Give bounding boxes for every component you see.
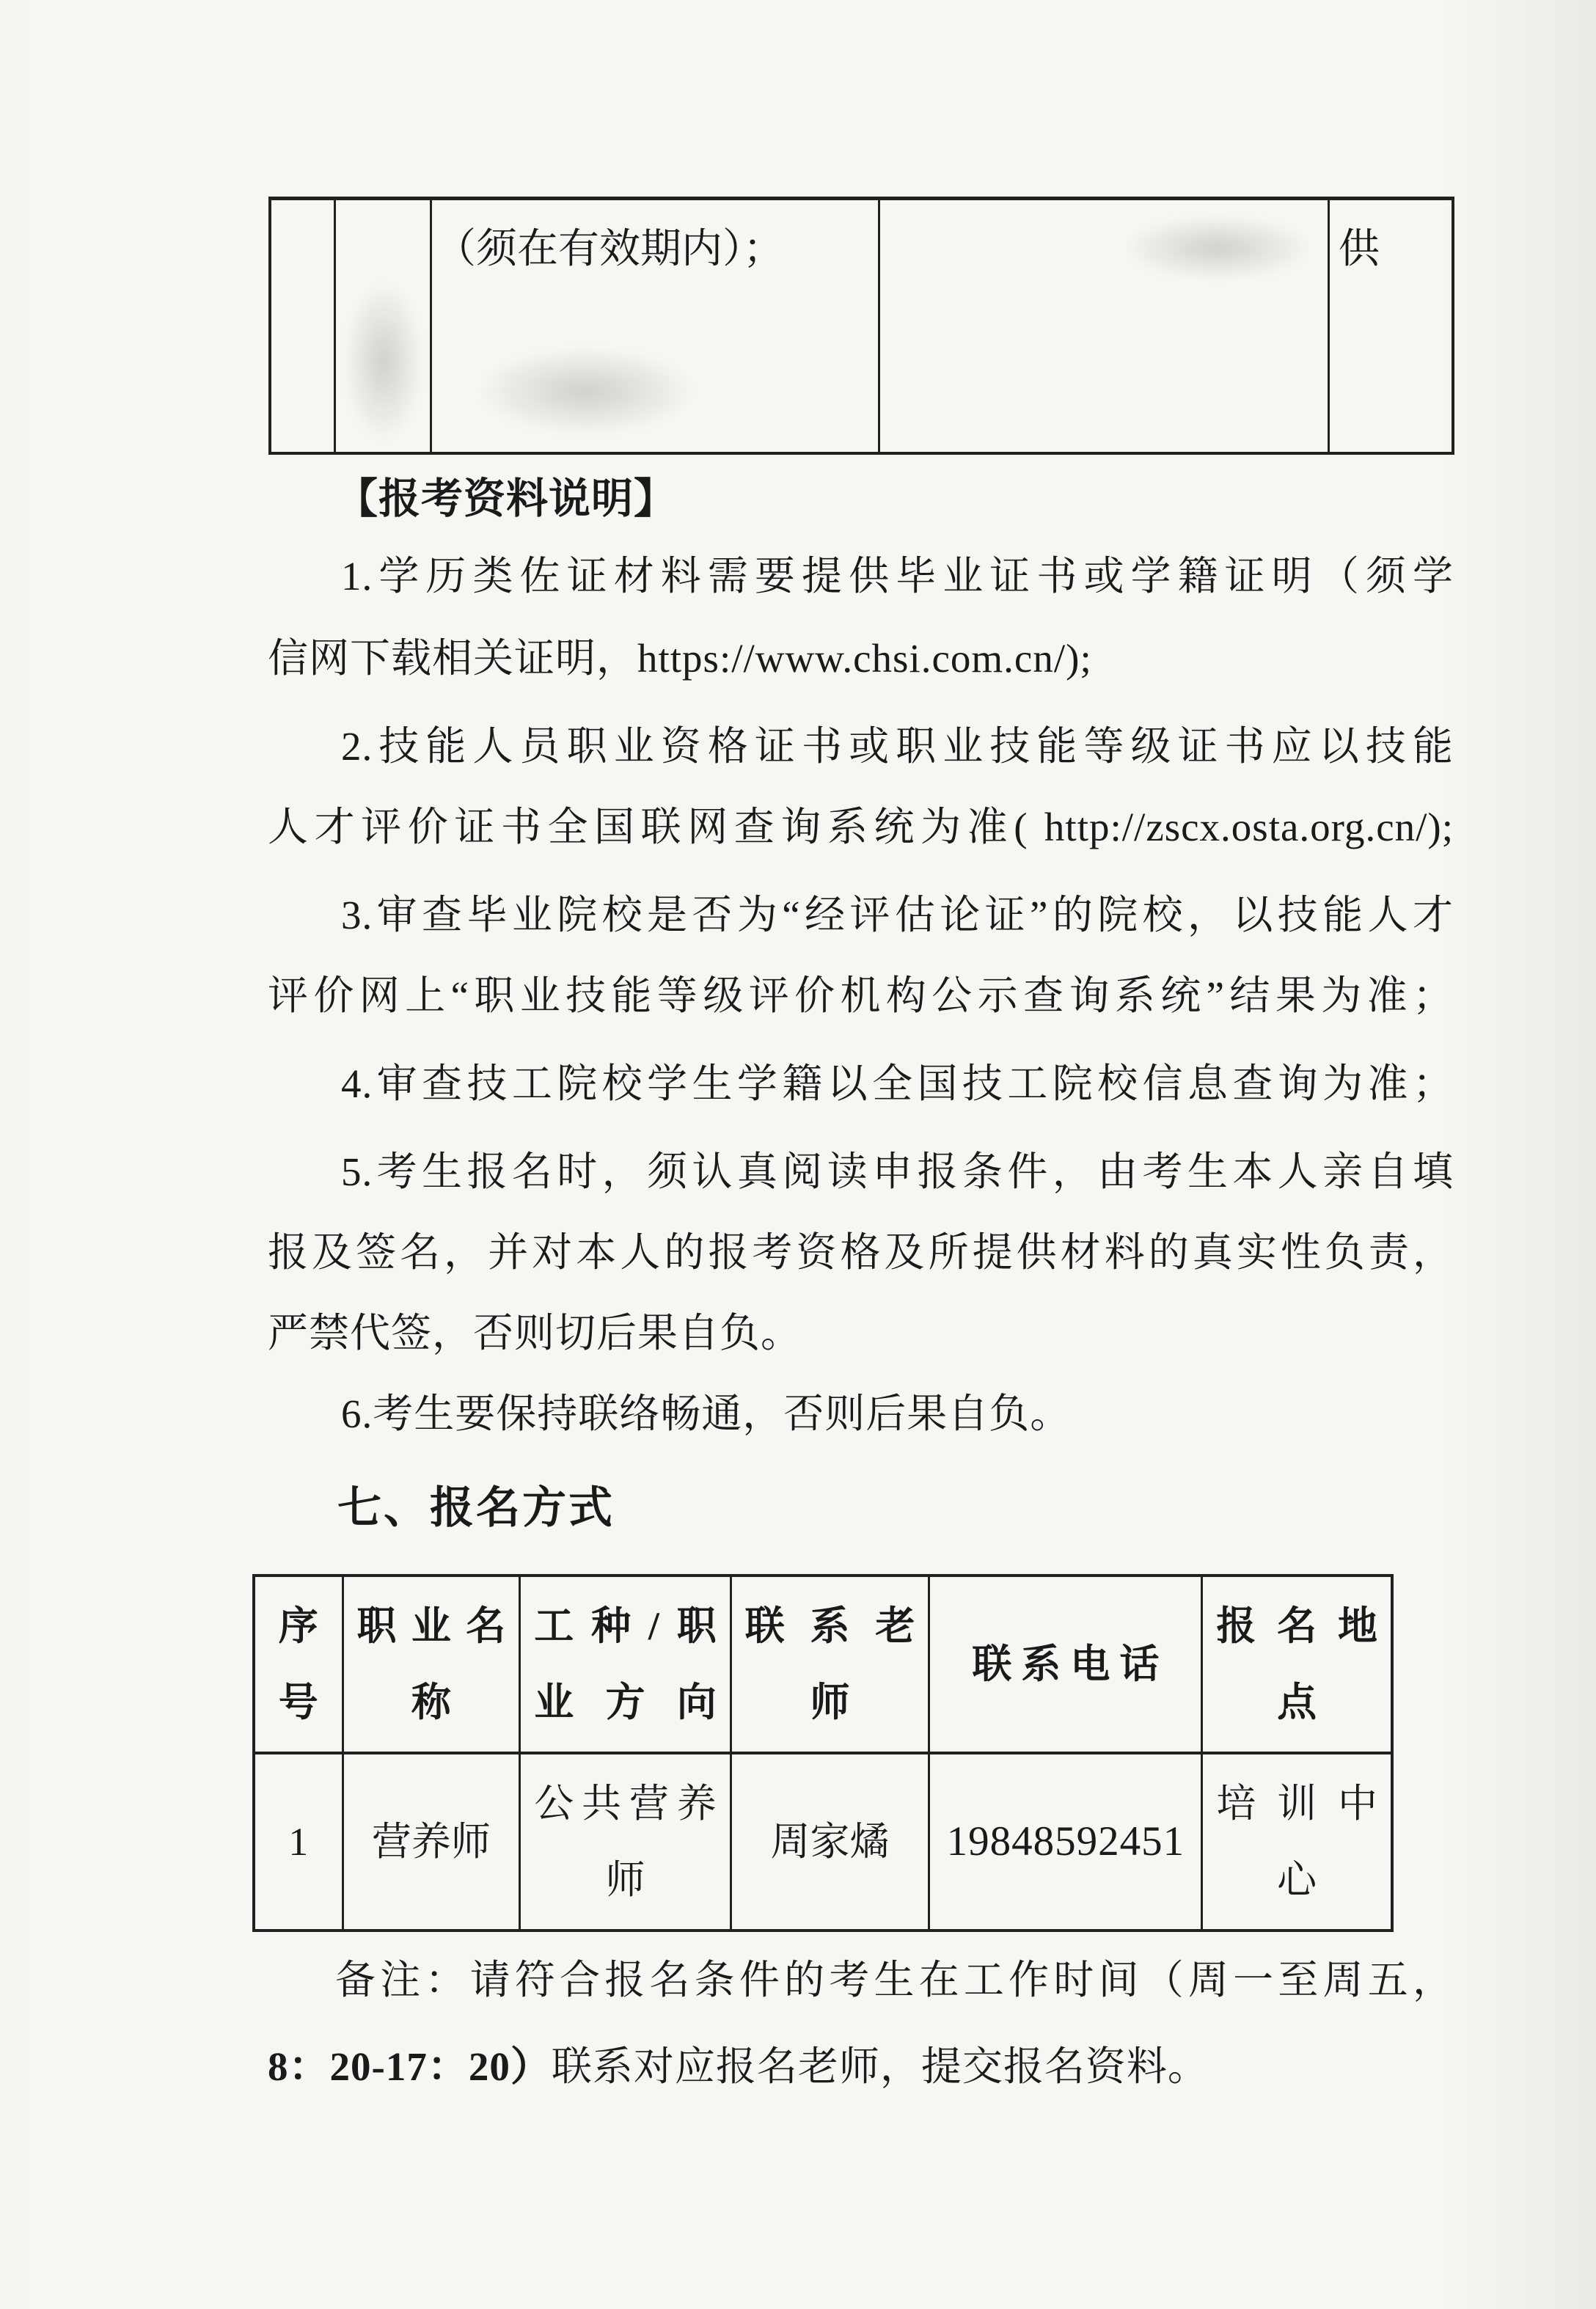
materials-note-heading: 【报考资料说明】 bbox=[336, 465, 676, 525]
supply-fragment-text: 供 bbox=[1339, 227, 1380, 272]
note-line-5c: 严禁代签，否则切后果自负。 bbox=[268, 1310, 1454, 1357]
note-line-2a: 2.技能人员职业资格证书或职业技能等级证书应以技能 bbox=[268, 723, 1454, 770]
note-line-6: 6.考生要保持联络畅通，否则后果自负。 bbox=[268, 1391, 1454, 1438]
inkbleed-smudge bbox=[1122, 215, 1313, 281]
note-line-3b: 评价网上“职业技能等级评价机构公示查询系统”结果为准； bbox=[268, 973, 1454, 1020]
cell-location: 培训中 心 bbox=[1203, 1754, 1391, 1929]
remark-time-range: 8：20-17：20） bbox=[268, 2044, 552, 2089]
continued-table-col-category bbox=[336, 200, 432, 452]
registration-table-data-row: 1 营养师 公共营养 师 周家燏 19848592451 培训中 心 bbox=[255, 1754, 1391, 1929]
registration-table-header-row: 序 号 职业名 称 工种/职 业方向 联系老 师 联系电话 报名地 点 bbox=[255, 1577, 1391, 1754]
header-cell-phone: 联系电话 bbox=[930, 1577, 1203, 1752]
registration-table: 序 号 职业名 称 工种/职 业方向 联系老 师 联系电话 报名地 点 bbox=[252, 1574, 1394, 1932]
continued-table-col-index bbox=[271, 200, 336, 452]
note-line-4: 4.审查技工院校学生学籍以全国技工院校信息查询为准； bbox=[268, 1061, 1454, 1108]
cell-phone: 19848592451 bbox=[930, 1754, 1203, 1929]
remark-line-1: 备注：请符合报名条件的考生在工作时间（周一至周五， bbox=[268, 1957, 1454, 2004]
cell-teacher: 周家燏 bbox=[732, 1754, 931, 1929]
scanned-document-page: （须在有效期内）； 供 【报考资料说明】 1.学历类佐证材料需要提供毕业证书或学… bbox=[0, 0, 1596, 2309]
inkbleed-smudge bbox=[343, 281, 424, 442]
remark-line-2: 8：20-17：20）联系对应报名老师，提交报名资料。 bbox=[268, 2043, 1454, 2090]
cell-direction: 公共营养 师 bbox=[521, 1754, 731, 1929]
continued-table-col-blank bbox=[880, 200, 1330, 452]
header-cell-occupation: 职业名 称 bbox=[344, 1577, 521, 1752]
header-cell-no: 序 号 bbox=[255, 1577, 344, 1752]
note-line-5a: 5.考生报名时，须认真阅读申报条件，由考生本人亲自填 bbox=[268, 1149, 1454, 1196]
note-line-2b: 人才评价证书全国联网查询系统为准( http://zscx.osta.org.c… bbox=[268, 804, 1454, 851]
continued-table-col-supply: 供 bbox=[1330, 200, 1452, 452]
note-line-1a: 1.学历类佐证材料需要提供毕业证书或学籍证明（须学 bbox=[268, 553, 1454, 600]
note-line-5b: 报及签名，并对本人的报考资格及所提供材料的真实性负责， bbox=[268, 1229, 1454, 1276]
continued-materials-table: （须在有效期内）； 供 bbox=[268, 197, 1454, 455]
inkbleed-smudge bbox=[476, 347, 696, 435]
continued-table-col-requirement: （须在有效期内）； bbox=[432, 200, 880, 452]
header-cell-direction: 工种/职 业方向 bbox=[521, 1577, 731, 1752]
cell-no: 1 bbox=[255, 1754, 344, 1929]
registration-method-heading: 七、报名方式 bbox=[337, 1473, 615, 1536]
cell-occupation: 营养师 bbox=[344, 1754, 521, 1929]
header-cell-teacher: 联系老 师 bbox=[732, 1577, 931, 1752]
note-line-3a: 3.审查毕业院校是否为“经评估论证”的院校，以技能人才 bbox=[268, 892, 1454, 939]
note-line-1b: 信网下载相关证明，https://www.chsi.com.cn/); bbox=[268, 635, 1454, 682]
header-cell-location: 报名地 点 bbox=[1203, 1577, 1391, 1752]
remark-line-2-rest: 联系对应报名老师，提交报名资料。 bbox=[552, 2044, 1209, 2089]
validity-note-text: （须在有效期内）； bbox=[435, 227, 784, 272]
